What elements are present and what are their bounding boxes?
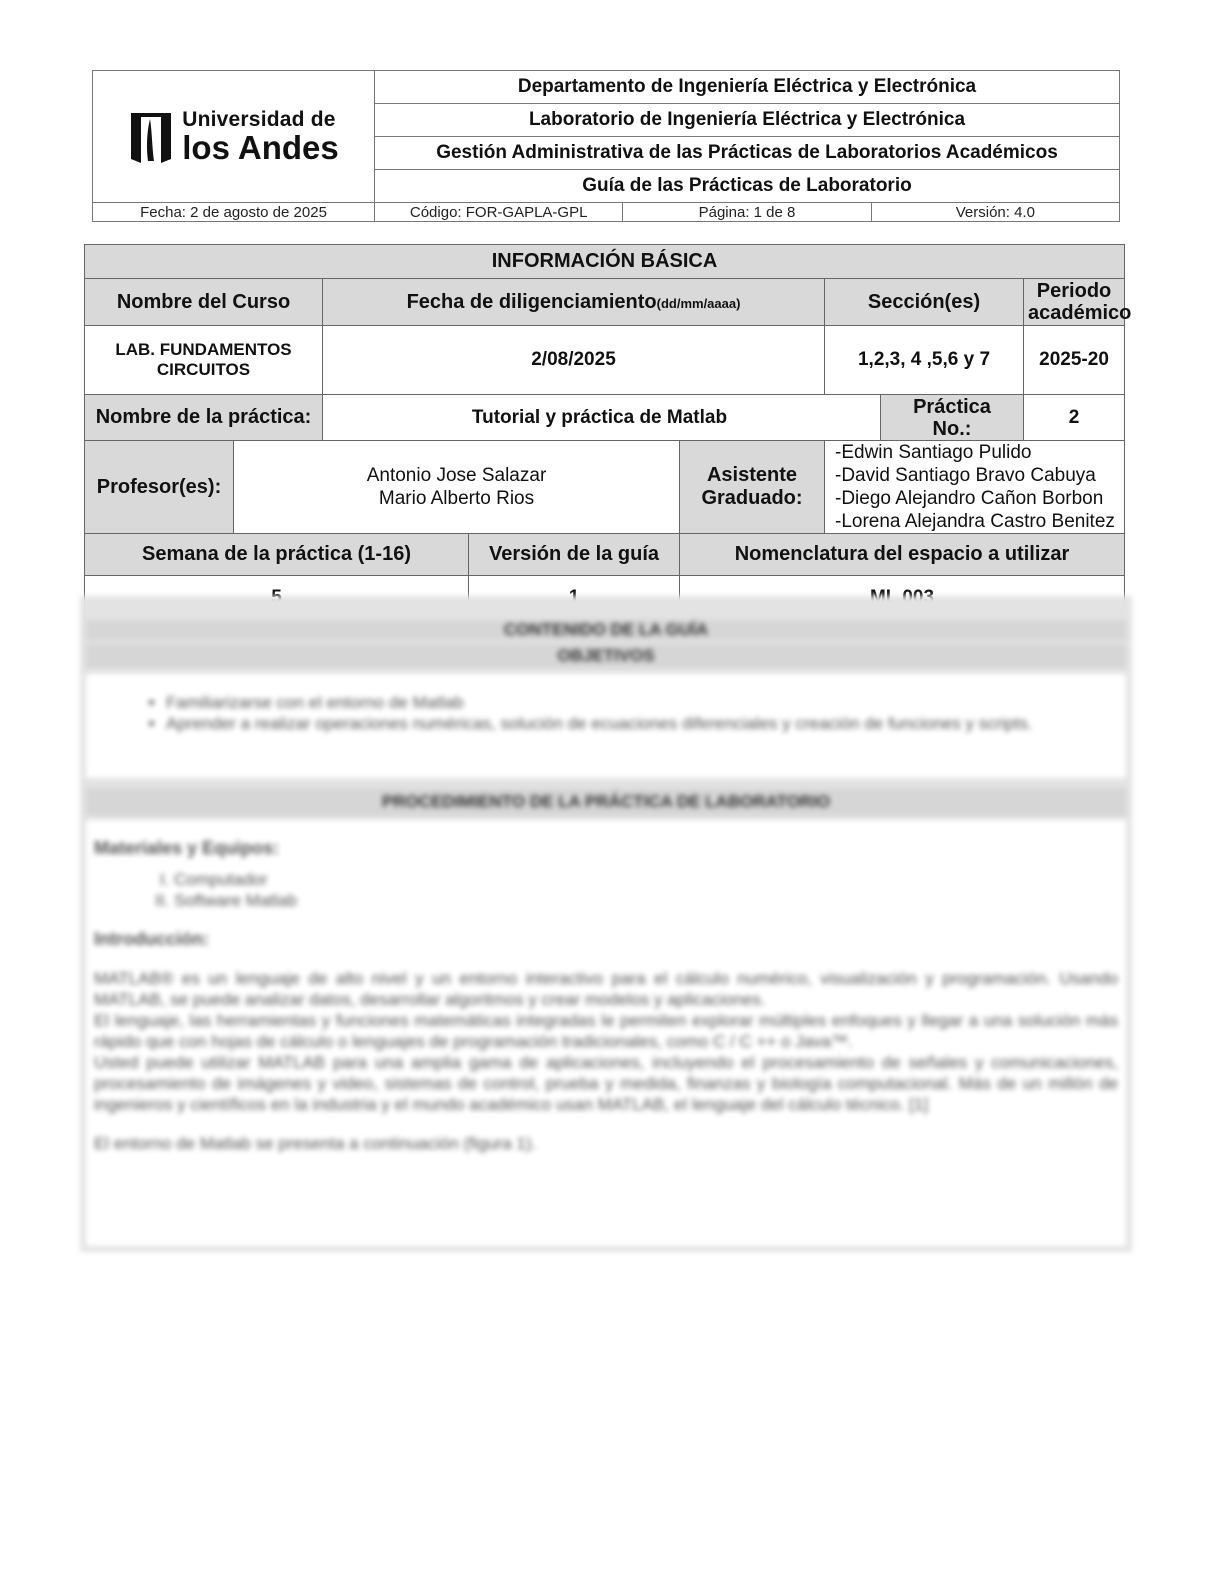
date-format-hint: (dd/mm/aaaa)	[657, 296, 741, 311]
guide-content-title: CONTENIDO DE LA GUÍA	[86, 620, 1126, 640]
logo-cell: Universidad de los Andes	[93, 71, 375, 203]
professors-label: Profesor(es):	[85, 441, 234, 534]
management-title: Gestión Administrativa de las Prácticas …	[375, 137, 1120, 170]
objectives-title: OBJETIVOS	[86, 644, 1126, 668]
procedure-title: PROCEDIMIENTO DE LA PRÁCTICA DE LABORATO…	[86, 788, 1126, 816]
document-header: Universidad de los Andes Departamento de…	[92, 70, 1120, 222]
document-date: Fecha: 2 de agosto de 2025	[93, 203, 375, 222]
materials-title: Materiales y Equipos:	[94, 838, 1118, 859]
logo-line-1: Universidad de	[182, 109, 338, 130]
space-header: Nomenclatura del espacio a utilizar	[680, 534, 1125, 576]
course-name-header: Nombre del Curso	[85, 279, 323, 326]
sections-value: 1,2,3, 4 ,5,6 y 7	[825, 326, 1024, 395]
week-header: Semana de la práctica (1-16)	[85, 534, 469, 576]
graduate-assistant-label: AsistenteGraduado:	[680, 441, 825, 534]
academic-period-header: Periodoacadémico	[1024, 279, 1125, 326]
logo-line-2: los Andes	[182, 131, 338, 164]
material-item: Computador	[174, 869, 1118, 890]
graduate-assistants-list: -Edwin Santiago Pulido -David Santiago B…	[825, 441, 1125, 534]
objective-item: Familiarizarse con el entorno de Matlab	[166, 692, 1126, 713]
guide-version-header: Versión de la guía	[469, 534, 680, 576]
professors-value: Antonio Jose SalazarMario Alberto Rios	[234, 441, 680, 534]
fill-date-value: 2/08/2025	[323, 326, 825, 395]
intro-paragraph: El lenguaje, las herramientas y funcione…	[94, 1010, 1118, 1052]
intro-paragraph: Usted puede utilizar MATLAB para una amp…	[94, 1052, 1118, 1115]
page-number: Página: 1 de 8	[623, 203, 871, 222]
guide-content-blurred: CONTENIDO DE LA GUÍA OBJETIVOS Familiari…	[80, 596, 1132, 1252]
fill-date-label: Fecha de diligenciamiento	[407, 291, 657, 313]
sections-header: Sección(es)	[825, 279, 1024, 326]
practice-number-label: PrácticaNo.:	[881, 395, 1024, 441]
practice-number-value: 2	[1024, 395, 1125, 441]
document-version: Versión: 4.0	[871, 203, 1119, 222]
introduction-title: Introducción:	[94, 929, 1118, 950]
laboratory-title: Laboratorio de Ingeniería Eléctrica y El…	[375, 104, 1120, 137]
objective-item: Aprender a realizar operaciones numérica…	[166, 713, 1126, 734]
assistant-item: -Lorena Alejandra Castro Benitez	[835, 510, 1120, 533]
basic-info-title: INFORMACIÓN BÁSICA	[85, 245, 1125, 279]
material-item: Software Matlab	[174, 890, 1118, 911]
procedure-section: Materiales y Equipos: Computador Softwar…	[86, 820, 1126, 1246]
basic-info-table: INFORMACIÓN BÁSICA Nombre del Curso Fech…	[84, 244, 1125, 620]
academic-period-value: 2025-20	[1024, 326, 1125, 395]
document-code: Código: FOR-GAPLA-GPL	[375, 203, 623, 222]
intro-paragraph: MATLAB® es un lenguaje de alto nivel y u…	[94, 968, 1118, 1010]
assistant-item: -Edwin Santiago Pulido	[835, 441, 1120, 464]
fill-date-header: Fecha de diligenciamiento(dd/mm/aaaa)	[323, 279, 825, 326]
objectives-section: Familiarizarse con el entorno de Matlab …	[86, 674, 1126, 778]
university-logo: Universidad de los Andes	[93, 109, 374, 165]
assistant-item: -David Santiago Bravo Cabuya	[835, 464, 1120, 487]
university-logo-icon	[128, 109, 174, 165]
practice-name-value: Tutorial y práctica de Matlab	[323, 395, 881, 441]
course-name-value: LAB. FUNDAMENTOSCIRCUITOS	[85, 326, 323, 395]
assistant-item: -Diego Alejandro Cañon Borbon	[835, 487, 1120, 510]
department-title: Departamento de Ingeniería Eléctrica y E…	[375, 71, 1120, 104]
figure-reference: El entorno de Matlab se presenta a conti…	[94, 1133, 1118, 1154]
guide-title: Guía de las Prácticas de Laboratorio	[375, 170, 1120, 203]
practice-name-label: Nombre de la práctica:	[85, 395, 323, 441]
